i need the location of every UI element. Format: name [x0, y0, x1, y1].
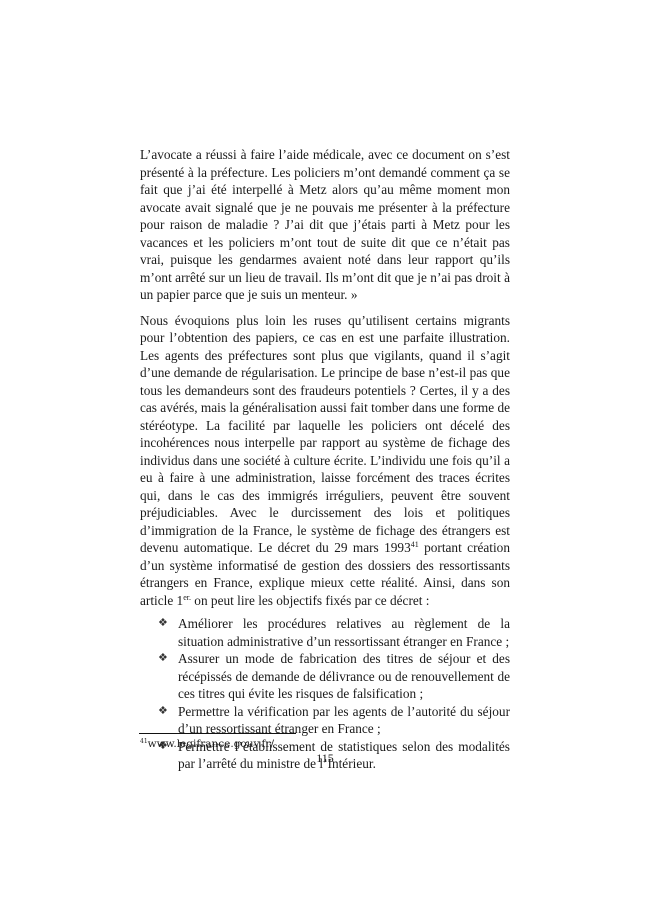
footnote-reference[interactable]: 41: [411, 540, 419, 549]
footnote-divider: [139, 733, 296, 734]
paragraph-analysis-text-3: on peut lire les objectifs fixés par ce …: [191, 593, 430, 608]
paragraph-testimony: L’avocate a réussi à faire l’aide médica…: [140, 146, 510, 304]
diamond-bullet-icon: ❖: [158, 703, 168, 721]
page-number: 115: [0, 751, 650, 766]
footnote: 41www.legifrance.gouv.fr/: [140, 738, 274, 750]
footnote-number: 41: [140, 738, 148, 745]
list-item: ❖Améliorer les procédures relatives au r…: [178, 615, 510, 650]
diamond-bullet-icon: ❖: [158, 615, 168, 633]
paragraph-analysis: Nous évoquions plus loin les ruses qu’ut…: [140, 312, 510, 610]
diamond-bullet-icon: ❖: [158, 650, 168, 668]
list-item: ❖Assurer un mode de fabrication des titr…: [178, 650, 510, 703]
article-ordinal: er.: [183, 593, 191, 602]
list-item-text: Assurer un mode de fabrication des titre…: [178, 651, 510, 701]
list-item-text: Améliorer les procédures relatives au rè…: [178, 616, 510, 649]
paragraph-analysis-text-1: Nous évoquions plus loin les ruses qu’ut…: [140, 313, 510, 556]
list-item-text: Permettre la vérification par les agents…: [178, 704, 510, 737]
footnote-link[interactable]: www.legifrance.gouv.fr/: [148, 738, 274, 750]
page-body: L’avocate a réussi à faire l’aide médica…: [140, 146, 510, 773]
